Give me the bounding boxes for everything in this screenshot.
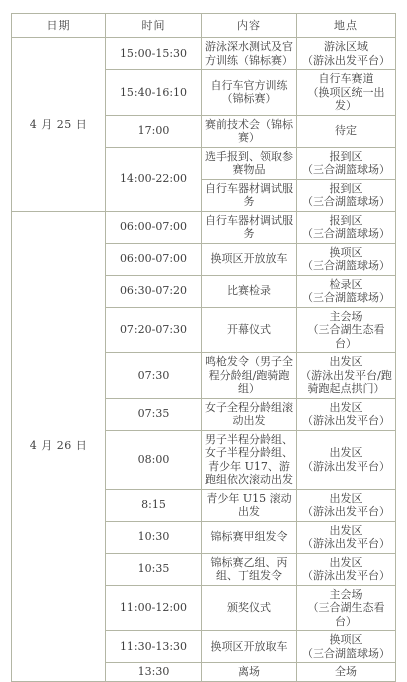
content-cell: 换项区开放取车 <box>202 631 297 640</box>
time-cell: 07:30 <box>106 353 202 399</box>
content-cell: 自行车官方训练（锦标赛） <box>202 70 297 116</box>
time-cell: 07:20-07:30 <box>106 307 202 353</box>
time-cell: 14:00-22:00 <box>106 147 202 211</box>
content-cell: 游泳深水测试及官方训练（锦标赛） <box>202 38 297 70</box>
time-cell: 15:00-15:30 <box>106 38 202 70</box>
content-cell: 开幕仪式 <box>202 307 297 353</box>
location-cell: 出发区 （游泳出发平台） <box>297 430 396 489</box>
content-cell: 自行车器材调试服务 <box>202 211 297 243</box>
content-cell: 女子全程分龄组滚动出发 <box>202 398 297 430</box>
time-cell: 10:35 <box>106 553 202 585</box>
date-cell: 4 月 26 日 <box>12 211 106 639</box>
time-cell: 06:00-07:00 <box>106 243 202 275</box>
time-cell: 06:00-07:00 <box>106 211 202 243</box>
content-cell: 青少年 U15 滚动出发 <box>202 489 297 521</box>
location-cell: 自行车赛道 （换项区统一出发） <box>297 70 396 116</box>
content-cell: 换项区开放放车 <box>202 243 297 275</box>
time-cell: 11:30-13:30 <box>106 631 202 640</box>
location-cell: 报到区 （三合湖篮球场） <box>297 147 396 179</box>
time-cell: 17:00 <box>106 115 202 147</box>
location-cell: 出发区 （游泳出发平台） <box>297 553 396 585</box>
location-cell: 主会场 （三合湖生态看台） <box>297 307 396 353</box>
location-cell: 换项区 （三合湖篮球场） <box>297 243 396 275</box>
time-cell: 15:40-16:10 <box>106 70 202 116</box>
content-cell: 颁奖仪式 <box>202 585 297 631</box>
content-cell: 选手报到、领取参赛物品 <box>202 147 297 179</box>
table-row: 4 月 26 日06:00-07:00自行车器材调试服务报到区 （三合湖篮球场） <box>12 211 396 243</box>
header-row: 日期 时间 内容 地点 <box>12 14 396 38</box>
time-cell: 07:35 <box>106 398 202 430</box>
location-cell: 报到区 （三合湖篮球场） <box>297 211 396 243</box>
schedule-table: 日期 时间 内容 地点 4 月 25 日15:00-15:30游泳深水测试及官方… <box>11 13 396 639</box>
time-cell: 10:30 <box>106 521 202 553</box>
header-location: 地点 <box>297 14 396 38</box>
location-cell: 出发区 （游泳出发平台/跑骑跑起点拱门） <box>297 353 396 399</box>
time-cell: 8:15 <box>106 489 202 521</box>
time-cell: 11:00-12:00 <box>106 585 202 631</box>
location-cell: 出发区 （游泳出发平台） <box>297 489 396 521</box>
content-cell: 鸣枪发令（男子全程分龄组/跑骑跑组） <box>202 353 297 399</box>
location-cell: 换项区 （三合湖篮球场） <box>297 631 396 640</box>
time-cell: 08:00 <box>106 430 202 489</box>
header-content: 内容 <box>202 14 297 38</box>
location-cell: 出发区 （游泳出发平台） <box>297 521 396 553</box>
content-cell: 比赛检录 <box>202 275 297 307</box>
date-cell: 4 月 25 日 <box>12 38 106 212</box>
content-cell: 自行车器材调试服务 <box>202 179 297 211</box>
schedule-table-header: 日期 时间 内容 地点 <box>12 14 396 38</box>
location-cell: 主会场 （三合湖生态看台） <box>297 585 396 631</box>
location-cell: 游泳区域 （游泳出发平台） <box>297 38 396 70</box>
location-cell: 待定 <box>297 115 396 147</box>
header-date: 日期 <box>12 14 106 38</box>
content-cell: 锦标赛甲组发令 <box>202 521 297 553</box>
location-cell: 出发区 （游泳出发平台） <box>297 398 396 430</box>
table-row: 4 月 25 日15:00-15:30游泳深水测试及官方训练（锦标赛）游泳区域 … <box>12 38 396 70</box>
content-cell: 赛前技术会（锦标赛） <box>202 115 297 147</box>
header-time: 时间 <box>106 14 202 38</box>
location-cell: 检录区 （三合湖篮球场） <box>297 275 396 307</box>
location-cell: 报到区 （三合湖篮球场） <box>297 179 396 211</box>
schedule-table-body: 4 月 25 日15:00-15:30游泳深水测试及官方训练（锦标赛）游泳区域 … <box>12 38 396 640</box>
content-cell: 男子半程分龄组、女子半程分龄组、青少年 U17、游跑组依次滚动出发 <box>202 430 297 489</box>
schedule-table-container: 日期 时间 内容 地点 4 月 25 日15:00-15:30游泳深水测试及官方… <box>11 13 396 639</box>
content-cell: 锦标赛乙组、丙组、丁组发令 <box>202 553 297 585</box>
time-cell: 06:30-07:20 <box>106 275 202 307</box>
